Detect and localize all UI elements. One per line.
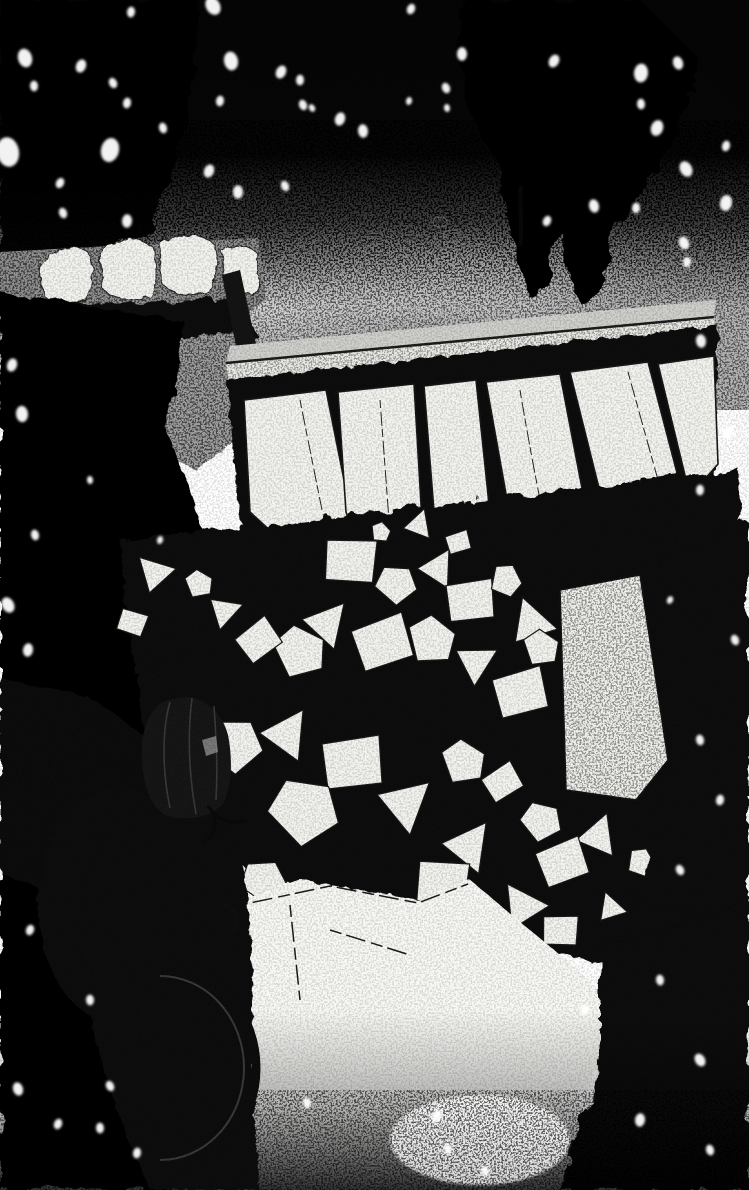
snowflake (457, 47, 467, 61)
print-grain (0, 0, 749, 1190)
manga-page (0, 0, 749, 1190)
manga-page-artwork (0, 0, 749, 1190)
